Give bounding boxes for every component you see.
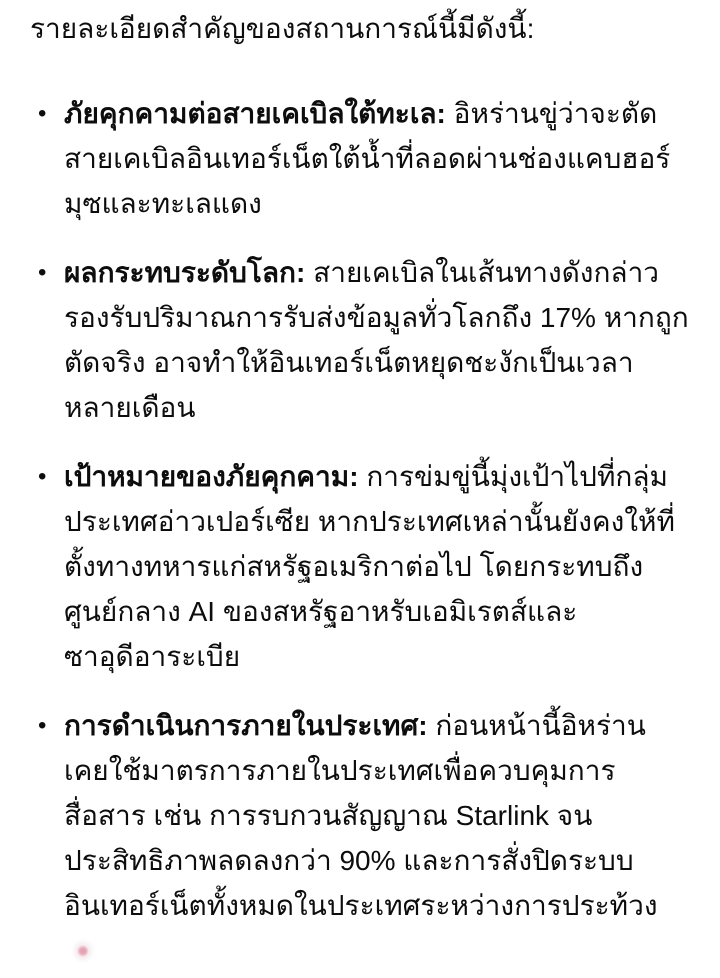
list-item-content: ภัยคุกคามต่อสายเคเบิลใต้ทะเล: อิหร่านขู่…: [64, 91, 690, 226]
list-item-label: การดำเนินการภายในประเทศ:: [64, 710, 428, 741]
bullet-marker-icon: •: [30, 250, 64, 295]
intro-paragraph: รายละเอียดสำคัญของสถานการณ์นี้มีดังนี้:: [30, 6, 690, 51]
bullet-list: • ภัยคุกคามต่อสายเคเบิลใต้ทะเล: อิหร่านข…: [30, 91, 690, 973]
bullet-marker-icon: •: [30, 454, 64, 499]
list-item-text: การข่มขู่นี้มุ่งเป้าไปที่กลุ่มประเทศอ่าว…: [64, 461, 675, 672]
bullet-marker-icon: •: [30, 91, 64, 136]
list-item: • เป้าหมายของภัยคุกคาม: การข่มขู่นี้มุ่ง…: [30, 454, 690, 679]
list-item-content: เป้าหมายของภัยคุกคาม: การข่มขู่นี้มุ่งเป…: [64, 454, 690, 679]
assistant-message: รายละเอียดสำคัญของสถานการณ์นี้มีดังนี้: …: [0, 0, 720, 978]
list-item-label: เป้าหมายของภัยคุกคาม:: [64, 461, 359, 492]
bullet-marker-icon: •: [30, 703, 64, 748]
list-item-label: ผลกระทบระดับโลก:: [64, 257, 305, 288]
list-item-content: การดำเนินการภายในประเทศ: ก่อนหน้านี้อิหร…: [64, 703, 690, 973]
citation-badge-icon[interactable]: [72, 938, 98, 964]
list-item-content: ผลกระทบระดับโลก: สายเคเบิลในเส้นทางดังกล…: [64, 250, 690, 430]
list-item: • การดำเนินการภายในประเทศ: ก่อนหน้านี้อิ…: [30, 703, 690, 973]
list-item-text: ก่อนหน้านี้อิหร่านเคยใช้มาตรการภายในประเ…: [64, 710, 658, 921]
list-item-label: ภัยคุกคามต่อสายเคเบิลใต้ทะเล:: [64, 98, 446, 129]
list-item: • ภัยคุกคามต่อสายเคเบิลใต้ทะเล: อิหร่านข…: [30, 91, 690, 226]
list-item: • ผลกระทบระดับโลก: สายเคเบิลในเส้นทางดัง…: [30, 250, 690, 430]
